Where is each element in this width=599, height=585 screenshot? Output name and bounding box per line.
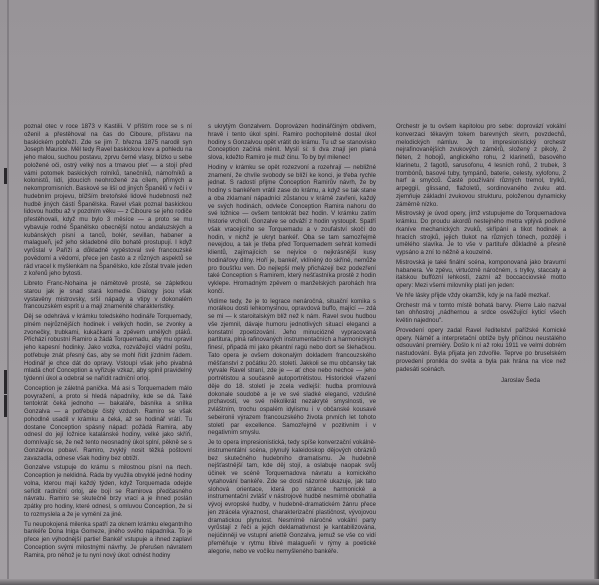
text-column-3: Orchestr je tu ovšem kapitolou pro sebe:… <box>396 123 566 385</box>
paragraph: Libreto Franc-Nohaina je námětově prosté… <box>24 280 192 311</box>
spine-mark <box>4 370 7 394</box>
paragraph: Provedení opery zadal Ravel ředitelství … <box>396 327 566 374</box>
paragraph: Ve hře lásky přijde vždy okamžik, kdy je… <box>396 292 566 300</box>
paragraph: poznal otec v roce 1873 v Kastilii. V př… <box>24 123 192 278</box>
paragraph: Orchestr je tu ovšem kapitolou pro sebe:… <box>396 123 566 208</box>
page-edge-bottom <box>0 579 599 585</box>
paragraph: Gonzalve vstupuje do krámu s milostnou p… <box>24 464 192 518</box>
paragraph: Mistrovský je úvod opery, jímž vstupujem… <box>396 210 566 257</box>
paragraph: Conception je záletná panička. Má asi s … <box>24 385 192 463</box>
page-edge-right <box>594 0 599 585</box>
paragraph: Je to opera impresionistická, tedy spíše… <box>208 439 376 555</box>
paragraph: Hodiny v krámku se opět rozezvoní a roze… <box>208 164 376 296</box>
author-signature: Jaroslav Šeda <box>396 377 566 385</box>
text-column-2: s ukrytým Gonzalvem. Doprovázen hodinářč… <box>208 123 376 557</box>
text-column-1: poznal otec v roce 1873 v Kastilii. V př… <box>24 123 192 561</box>
paragraph: Orchestr má v tomto místě bohatá barvy. … <box>396 302 566 325</box>
paragraph: Vidíme tedy, že je to legrace nenáročná,… <box>208 298 376 438</box>
spine-mark <box>4 168 7 184</box>
paragraph: Mistrovská je také finální scéna, kompon… <box>396 259 566 290</box>
paragraph: Děj se odehrává v krámku toledského hodi… <box>24 313 192 383</box>
paragraph: Tu neupokojená milenka spatří za oknem k… <box>24 521 192 560</box>
page-spine <box>7 0 9 585</box>
booklet-page: poznal otec v roce 1873 v Kastilii. V př… <box>0 0 599 585</box>
paragraph: s ukrytým Gonzalvem. Doprovázen hodinářč… <box>208 123 376 162</box>
spine-mark <box>4 395 7 417</box>
